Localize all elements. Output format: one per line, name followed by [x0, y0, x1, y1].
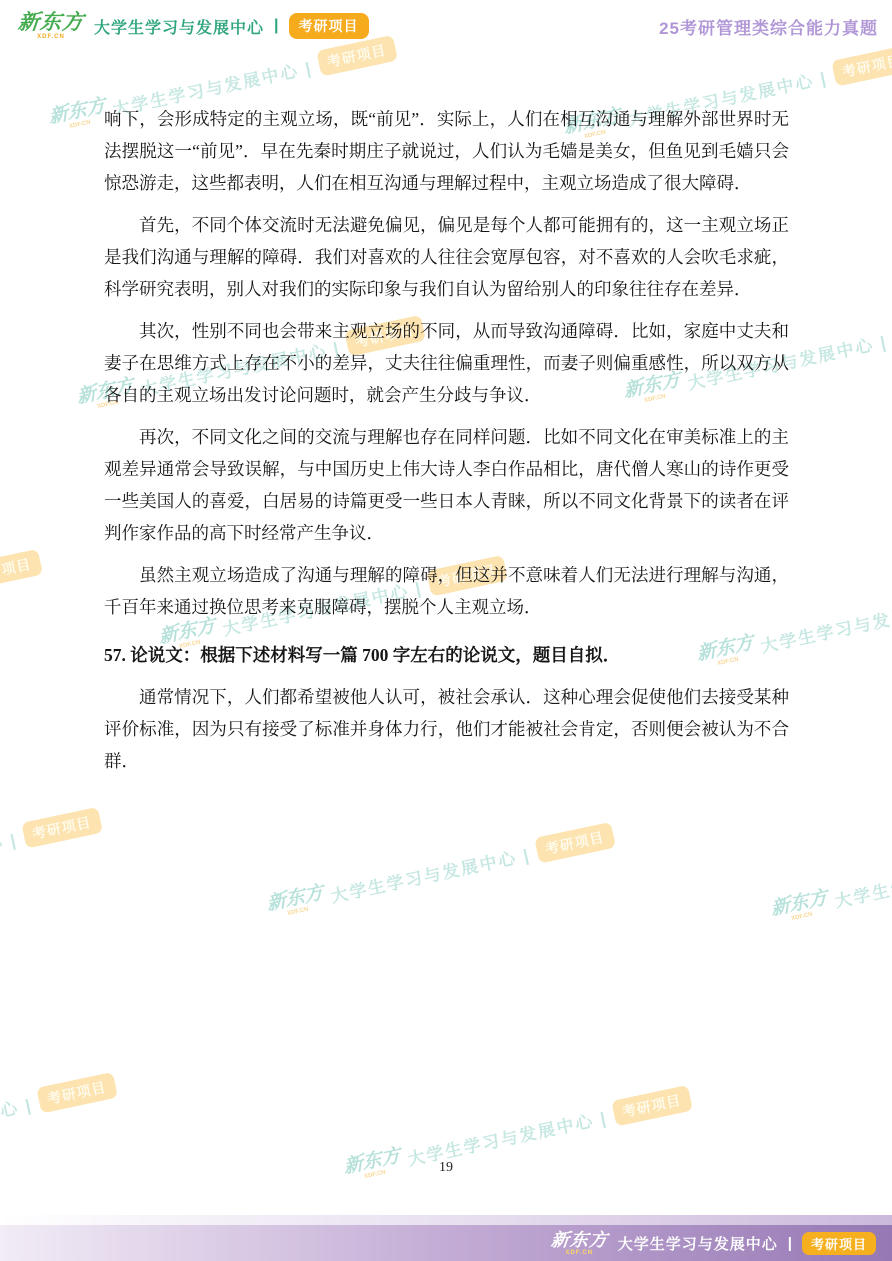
watermark-text: 大学生学习与发展中心 |: [0, 825, 19, 892]
paragraph: 其次，性别不同也会带来主观立场的不同，从而导致沟通障碍．比如，家庭中丈夫和妻子在…: [104, 315, 789, 411]
document-title: 25考研管理类综合能力真题: [659, 14, 878, 39]
watermark-badge: 考研项目: [611, 1085, 693, 1127]
page-footer: 新东方 XDF.CN 大学生学习与发展中心 | 考研项目: [0, 1215, 892, 1261]
watermark-badge: 考研项目: [0, 549, 42, 591]
xdf-logo-watermark: 新东方XDF.CN: [769, 888, 830, 925]
document-content: 响下，会形成特定的主观立场，既“前见”．实际上，人们在相互沟通与理解外部世界时无…: [104, 103, 789, 787]
watermark-badge: 考研项目: [316, 35, 398, 77]
page-header: 新东方 XDF.CN 大学生学习与发展中心 | 考研项目 25考研管理类综合能力…: [18, 12, 878, 40]
page-number: 19: [0, 1160, 892, 1176]
xdf-logo-text: 新东方: [17, 12, 85, 33]
watermark-badge: 考研项目: [36, 1072, 118, 1114]
separator: |: [274, 17, 278, 35]
program-badge: 考研项目: [802, 1232, 876, 1255]
xdf-logo-subtext: XDF.CN: [37, 34, 65, 40]
watermark: 新东方XDF.CN 大学生学习与发展中心 | 考研项目: [265, 822, 615, 921]
paragraph: 虽然主观立场造成了沟通与理解的障碍，但这并不意味着人们无法进行理解与沟通，千百年…: [104, 559, 789, 623]
question-body: 通常情况下，人们都希望被他人认可，被社会承认．这种心理会促使他们去接受某种评价标…: [104, 681, 789, 777]
watermark-badge: 考研项目: [831, 45, 892, 87]
question-title: 57. 论说文：根据下述材料写一篇 700 字左右的论说文，题目自拟．: [104, 639, 789, 671]
watermark-text: 大学生学习与发展中心 |: [832, 845, 892, 912]
program-badge: 考研项目: [289, 13, 369, 39]
footer-bar: 新东方 XDF.CN 大学生学习与发展中心 | 考研项目: [0, 1225, 892, 1261]
xdf-logo-watermark: 新东方XDF.CN: [47, 96, 108, 133]
xdf-logo-subtext: XDF.CN: [565, 1250, 593, 1256]
paragraph: 响下，会形成特定的主观立场，既“前见”．实际上，人们在相互沟通与理解外部世界时无…: [104, 103, 789, 199]
xdf-logo-watermark: 新东方XDF.CN: [265, 883, 326, 920]
document-page: 新东方XDF.CN 大学生学习与发展中心 | 考研项目 新东方XDF.CN 大学…: [0, 0, 892, 1261]
xdf-logo-footer: 新东方 XDF.CN: [551, 1231, 608, 1256]
watermark-text: 大学生学习与发展中心 |: [0, 1090, 34, 1157]
org-name: 大学生学习与发展中心: [618, 1233, 778, 1254]
separator: |: [788, 1235, 792, 1252]
footer-gradient-strip: [0, 1215, 892, 1225]
paragraph: 再次，不同文化之间的交流与理解也存在同样问题．比如不同文化在审美标准上的主观差异…: [104, 421, 789, 549]
watermark: 新东方XDF.CN 大学生学习与发展中心 | 考研项目: [0, 807, 102, 906]
watermark-badge: 考研项目: [21, 807, 103, 849]
xdf-logo-text: 新东方: [550, 1231, 609, 1249]
watermark-text: 大学生学习与发展中心 |: [328, 840, 532, 907]
watermark: 新东方XDF.CN 大学生学习与发展中心 | 考研项目: [0, 1072, 117, 1171]
xdf-logo: 新东方 XDF.CN: [18, 12, 84, 40]
question-57: 57. 论说文：根据下述材料写一篇 700 字左右的论说文，题目自拟． 通常情况…: [104, 639, 789, 777]
watermark-badge: 考研项目: [534, 822, 616, 864]
org-name: 大学生学习与发展中心: [94, 15, 264, 38]
header-brand: 新东方 XDF.CN 大学生学习与发展中心 | 考研项目: [18, 12, 369, 40]
watermark: 新东方XDF.CN 大学生学习与发展中心 | 考研项目: [0, 549, 42, 648]
paragraph: 首先，不同个体交流时无法避免偏见，偏见是每个人都可能拥有的，这一主观立场正是我们…: [104, 209, 789, 305]
watermark: 新东方XDF.CN 大学生学习与发展中心 | 考研项目: [769, 827, 892, 926]
